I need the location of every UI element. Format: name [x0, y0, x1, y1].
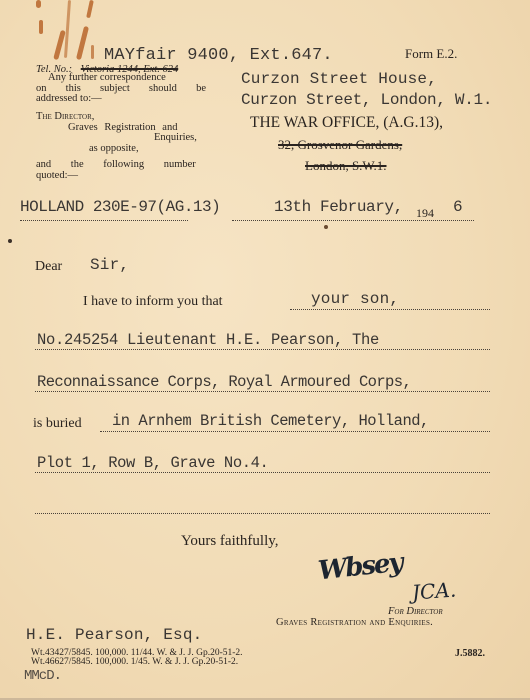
reference-dotted-line	[20, 220, 188, 221]
director-dept-2: Enquiries,	[154, 132, 197, 143]
rust-stain	[39, 20, 43, 34]
dotted-line-6	[35, 513, 490, 514]
number-note-2: quoted:—	[36, 170, 78, 181]
rust-stain	[91, 45, 94, 59]
handwritten-signature: Wbsey	[317, 548, 403, 587]
soldier-details: No.245254 Lieutenant H.E. Pearson, The	[37, 331, 379, 349]
ink-spot	[8, 239, 12, 243]
correspondence-note: Any further correspondence on this subje…	[36, 73, 206, 105]
form-number: Form E.2.	[405, 46, 457, 62]
director-as-opposite: as opposite,	[89, 143, 139, 154]
year-prefix: 194	[416, 206, 434, 221]
rust-stain	[76, 26, 89, 60]
dotted-line-4	[100, 431, 490, 432]
dotted-line-5	[35, 472, 490, 473]
closing: Yours faithfully,	[181, 533, 279, 550]
typist-initials: MMcD.	[24, 668, 61, 684]
struck-address-2: London, S.W.1.	[305, 158, 387, 174]
for-director: For Director	[388, 606, 443, 617]
struck-address-1: 32, Grosvenor Gardens,	[278, 137, 402, 153]
form-code: J.5882.	[455, 648, 485, 659]
rust-stain	[86, 0, 94, 18]
war-office: THE WAR OFFICE, (A.G.13),	[250, 114, 443, 132]
signature-initials: JCA.	[411, 577, 457, 604]
address-line-1: Curzon Street House,	[241, 70, 437, 88]
letter-date: 13th February,	[274, 198, 403, 216]
department: Graves Registration and Enquiries.	[276, 617, 433, 628]
ink-spot	[324, 225, 328, 229]
date-dotted-line	[232, 220, 474, 221]
inform-printed: I have to inform you that	[83, 294, 223, 310]
inform-typed: your son,	[311, 290, 399, 308]
year-suffix: 6	[453, 198, 463, 216]
grave-location: Plot 1, Row B, Grave No.4.	[37, 454, 268, 472]
rust-stain	[64, 0, 71, 58]
addressee: H.E. Pearson, Esq.	[26, 626, 202, 644]
cemetery: in Arnhem British Cemetery, Holland,	[112, 412, 429, 430]
buried-printed: is buried	[33, 416, 82, 432]
number-note-1: and the following number	[36, 159, 196, 170]
dotted-line-2	[35, 349, 490, 350]
director-title: The Director,	[36, 111, 94, 122]
letter-page: MAYfair 9400, Ext.647. Tel. No.: Victori…	[0, 0, 530, 700]
inform-dotted-line	[290, 309, 490, 310]
print-line-2: Wt.46627/5845. 100,000. 1/45. W. & J. J.…	[31, 657, 238, 667]
telephone-number: MAYfair 9400, Ext.647.	[104, 46, 333, 65]
salutation-printed: Dear	[35, 259, 62, 275]
reference-number: HOLLAND 230E-97(AG.13)	[20, 198, 220, 216]
salutation-typed: Sir,	[90, 256, 129, 274]
dotted-line-3	[35, 391, 490, 392]
regiment: Reconnaissance Corps, Royal Armoured Cor…	[37, 373, 411, 391]
address-line-2: Curzon Street, London, W.1.	[241, 91, 492, 109]
rust-stain	[36, 0, 41, 8]
